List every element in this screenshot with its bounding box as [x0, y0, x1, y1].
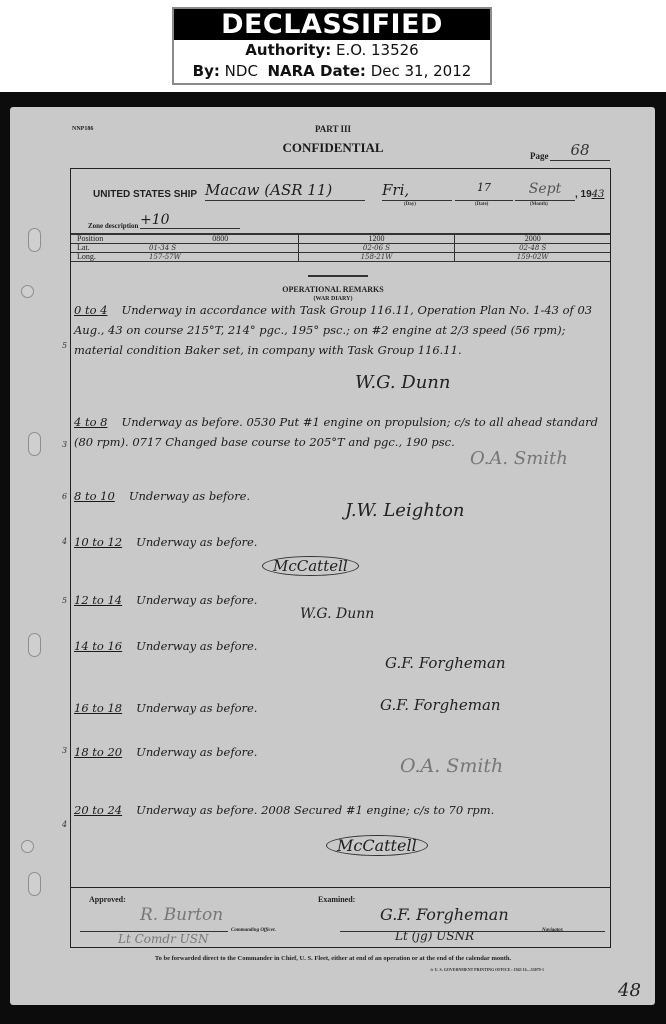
zone-label: Zone description — [88, 222, 138, 230]
position-table: Position 0800 1200 2000 Lat. 01-34 S 02-… — [71, 233, 610, 262]
divider — [308, 275, 368, 277]
binder-hole-icon — [28, 872, 41, 896]
log-entry: 0 to 4Underway in accordance with Task G… — [74, 300, 604, 360]
log-entry: 16 to 18Underway as before. — [74, 698, 604, 718]
examined-label: Examined: — [318, 895, 355, 904]
punch-hole-icon — [21, 840, 34, 853]
stamp-by-nara: By: NDC NARA Date: Dec 31, 2012 — [174, 61, 490, 82]
log-entry: 4 to 8Underway as before. 0530 Put #1 en… — [74, 412, 604, 452]
stamp-title: DECLASSIFIED — [174, 9, 490, 40]
signature: G.F. Forgheman — [380, 696, 501, 714]
ship-name: Macaw (ASR 11) — [205, 181, 365, 201]
margin-mark: 5 — [62, 341, 67, 350]
co-rank: Lt Comdr USN — [118, 932, 208, 946]
stamp-authority: Authority: E.O. 13526 — [174, 40, 490, 61]
lat-row: Lat. 01-34 S 02-06 S 02-48 S — [71, 244, 610, 253]
margin-mark: 3 — [62, 746, 67, 755]
signature: W.G. Dunn — [355, 372, 450, 393]
margin-mark: 4 — [62, 537, 67, 546]
date-caption: (Date) — [475, 202, 488, 207]
printer-line: ☆ U. S. GOVERNMENT PRINTING OFFICE : 194… — [430, 967, 544, 972]
log-entry: 18 to 20Underway as before. — [74, 742, 604, 762]
long-row: Long. 157-57W 158-21W 159-02W — [71, 253, 610, 262]
log-entry: 8 to 10Underway as before. — [74, 486, 604, 506]
signature: O.A. Smith — [470, 448, 568, 469]
remarks-title: OPERATIONAL REMARKS — [0, 285, 666, 294]
page-number: 68 — [550, 141, 610, 161]
navigator-signature: G.F. Forgheman — [380, 905, 509, 924]
month-caption: (Month) — [530, 202, 548, 207]
month-value: Sept — [515, 181, 575, 201]
co-signature: R. Burton — [140, 905, 223, 925]
forwarding-instruction: To be forwarded direct to the Commander … — [0, 955, 666, 962]
declassified-stamp: DECLASSIFIED Authority: E.O. 13526 By: N… — [172, 7, 492, 85]
signature: McCattell — [262, 556, 359, 576]
approval-divider — [71, 887, 610, 888]
day-value: Fri, — [382, 181, 452, 201]
archive-number: 48 — [618, 980, 641, 1001]
co-caption: Commanding Officer. — [231, 928, 276, 933]
log-entry: 20 to 24Underway as before. 2008 Secured… — [74, 800, 604, 820]
signature: G.F. Forgheman — [385, 654, 506, 672]
log-entry: 10 to 12Underway as before. — [74, 532, 604, 552]
navigator-signature-line — [340, 931, 605, 932]
ship-label: UNITED STATES SHIP — [93, 189, 197, 200]
margin-mark: 6 — [62, 492, 67, 501]
binder-hole-icon — [28, 228, 41, 252]
year-value: , 1943 — [575, 189, 604, 200]
date-value: 17 — [455, 181, 513, 201]
position-header-row: Position 0800 1200 2000 — [71, 234, 610, 244]
approved-label: Approved: — [89, 895, 126, 904]
page-label: Page — [530, 151, 549, 161]
signature: McCattell — [326, 835, 428, 856]
zone-value: +10 — [140, 212, 240, 229]
day-caption: (Day) — [404, 202, 416, 207]
margin-mark: 5 — [62, 596, 67, 605]
log-entry: 14 to 16Underway as before. — [74, 636, 604, 656]
co-signature-line — [80, 931, 228, 932]
binder-hole-icon — [28, 432, 41, 456]
margin-mark: 3 — [62, 440, 67, 449]
binder-hole-icon — [28, 633, 41, 657]
margin-mark: 4 — [62, 820, 67, 829]
signature: O.A. Smith — [400, 755, 503, 777]
navigator-caption: Navigator. — [542, 928, 564, 933]
part-heading: PART III — [0, 124, 666, 134]
signature: J.W. Leighton — [345, 500, 464, 521]
signature: W.G. Dunn — [300, 606, 374, 622]
